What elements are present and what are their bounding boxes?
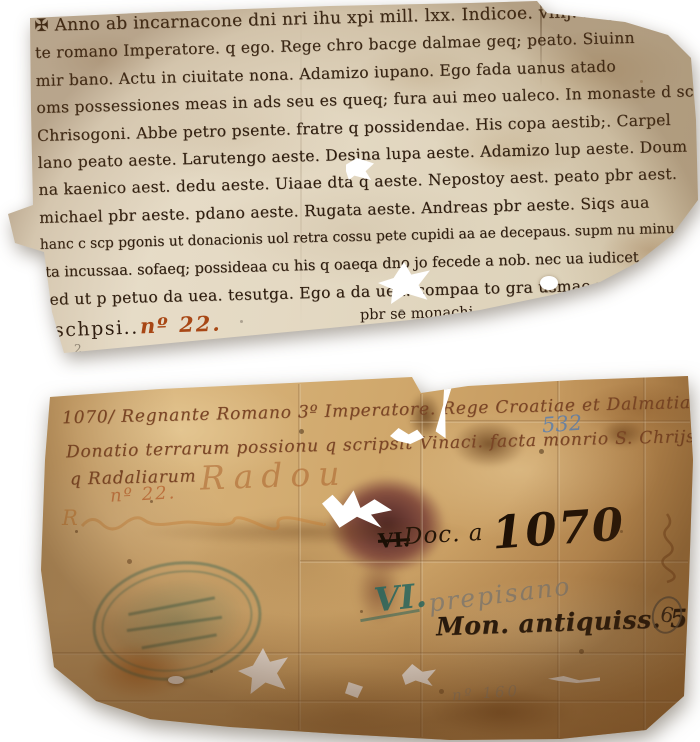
parchment-hole xyxy=(345,682,363,698)
fold-crease xyxy=(300,560,688,563)
pencil-number-note: nº 160 xyxy=(451,682,520,705)
fold-crease xyxy=(96,700,682,703)
faded-initial: R xyxy=(62,506,78,530)
blue-archive-number: 532 xyxy=(541,411,583,438)
verso-parchment: 1070/ Regnante Romano 3º Imperatore. Reg… xyxy=(0,0,700,742)
verso-summary-line: 1070/ Regnante Romano 3º Imperatore. Reg… xyxy=(62,392,700,429)
faded-script-traces xyxy=(80,508,330,538)
parchment-slit xyxy=(548,676,600,683)
faded-archive-number: nº 22. xyxy=(109,482,176,506)
doc-year: 1070 xyxy=(490,497,627,559)
parchment-slit xyxy=(168,676,184,684)
photograph: ✠ Anno ab incarnacone dni nri ihu xpi mi… xyxy=(0,0,700,742)
vertical-marginalia xyxy=(658,512,676,584)
verso-summary-line: Donatio terrarum possionu q scripsit Vin… xyxy=(66,426,700,463)
doc-label: Doc. a xyxy=(403,520,484,550)
parchment-hole xyxy=(402,664,436,686)
faded-large-script: Radou xyxy=(199,453,348,497)
charter-verso: 1070/ Regnante Romano 3º Imperatore. Reg… xyxy=(0,0,700,742)
